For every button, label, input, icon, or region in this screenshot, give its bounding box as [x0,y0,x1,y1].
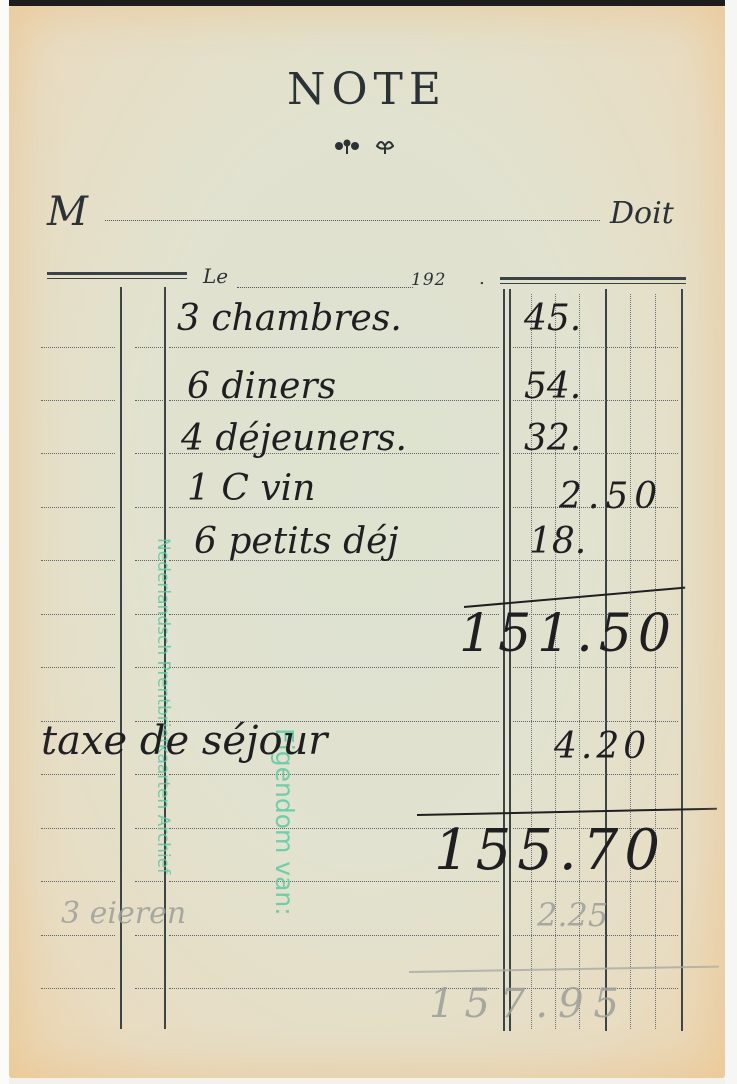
line-item-amount: 18. [529,521,586,562]
subtotal-amount: 151.50 [459,604,677,664]
line-item-description: 1 C vin [187,468,315,509]
total-rule [417,808,717,816]
pencil-grand-total: 157.95 [429,981,629,1027]
year-suffix: . [479,268,485,289]
tax-amount: 4.20 [554,726,650,767]
header-rule-left [47,272,187,275]
date-prefix: Le [203,264,228,288]
date-field[interactable] [237,287,413,288]
tax-description: taxe de séjour [41,718,327,764]
scan-right-margin [725,0,737,1084]
recipient-prefix: M [47,189,88,235]
pencil-item-amount: 2.25 [537,896,608,934]
archive-stamp: Nederlandsch Prentbriefkaarten Archief [153,538,173,874]
line-item-amount: 2.50 [559,476,663,517]
form-title: NOTE [9,64,725,115]
fleuron-ornament-icon [319,134,419,158]
recipient-field[interactable] [105,220,600,221]
scan-left-margin [0,0,9,1084]
pencil-item: 3 eieren [61,896,186,931]
line-item-description: 6 petits déj [194,521,399,562]
header-rule-right [500,277,686,280]
total-amount: 155.70 [434,818,666,883]
line-item-description: 3 chambres. [177,298,402,339]
header-rule-left-thin [47,278,187,279]
header-rule-right-thin [500,283,686,284]
year-prefix: 192 [411,270,446,290]
doit-label: Doit [610,196,674,231]
pencil-sum-line [409,966,719,973]
line-item-description: 6 diners [187,366,336,407]
line-item-amount: 54. [524,366,581,407]
invoice-card: NOTE M Doit Le 192 . [9,6,725,1078]
line-item-amount: 45. [524,298,581,339]
line-item-amount: 32. [524,418,581,459]
amount-column-border [681,289,683,1031]
line-item-description: 4 déjeuners. [181,418,407,459]
